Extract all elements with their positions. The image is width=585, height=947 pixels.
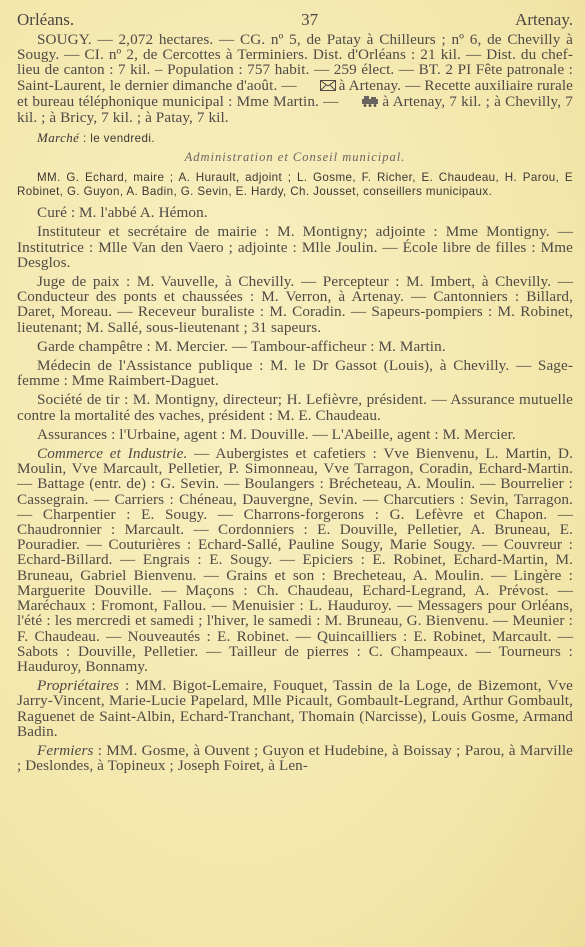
assurances-paragraph: Assurances : l'Urbaine, agent : M. Douvi… (17, 427, 573, 442)
administration-heading: Administration et Conseil municipal. (17, 150, 573, 165)
envelope-icon (300, 79, 336, 94)
commerce-paragraph: Commerce et Industrie. — Aubergistes et … (17, 446, 573, 674)
instituteur-paragraph: Instituteur et secrétaire de mairie : M.… (17, 224, 573, 270)
sougy-intro: SOUGY. — 2,072 hectares. — CG. nº 5, de … (17, 32, 573, 125)
juge-paragraph: Juge de paix : M. Vauvelle, à Chevilly. … (17, 274, 573, 335)
fermiers-text: : MM. Gosme, à Ouvent ; Guyon et Hudebin… (17, 742, 573, 774)
marche-line: Marché : le vendredi. (17, 131, 573, 146)
medecin-paragraph: Médecin de l'Assistance publique : M. le… (17, 358, 573, 388)
commerce-text: — Aubergistes et cafetiers : Vve Bienven… (17, 445, 573, 675)
marche-value: : le vendredi. (79, 132, 155, 145)
marche-label: Marché (37, 130, 79, 145)
running-header: Orléans. 37 Artenay. (17, 10, 573, 32)
societe-paragraph: Société de tir : M. Montigny, directeur;… (17, 392, 573, 422)
header-left: Orléans. (17, 10, 74, 30)
document-page: Orléans. 37 Artenay. SOUGY. — 2,072 hect… (17, 10, 573, 777)
page-number: 37 (301, 10, 318, 30)
garde-paragraph: Garde champêtre : M. Mercier. — Tambour-… (17, 339, 573, 354)
administration-members: MM. G. Echard, maire ; A. Hurault, adjoi… (17, 171, 573, 199)
header-right: Artenay. (515, 10, 573, 30)
fermiers-paragraph: Fermiers : MM. Gosme, à Ouvent ; Guyon e… (17, 743, 573, 773)
cure-paragraph: Curé : M. l'abbé A. Hémon. (17, 205, 573, 220)
proprietaires-paragraph: Propriétaires : MM. Bigot-Lemaire, Fouqu… (17, 678, 573, 739)
railway-icon (341, 95, 379, 110)
